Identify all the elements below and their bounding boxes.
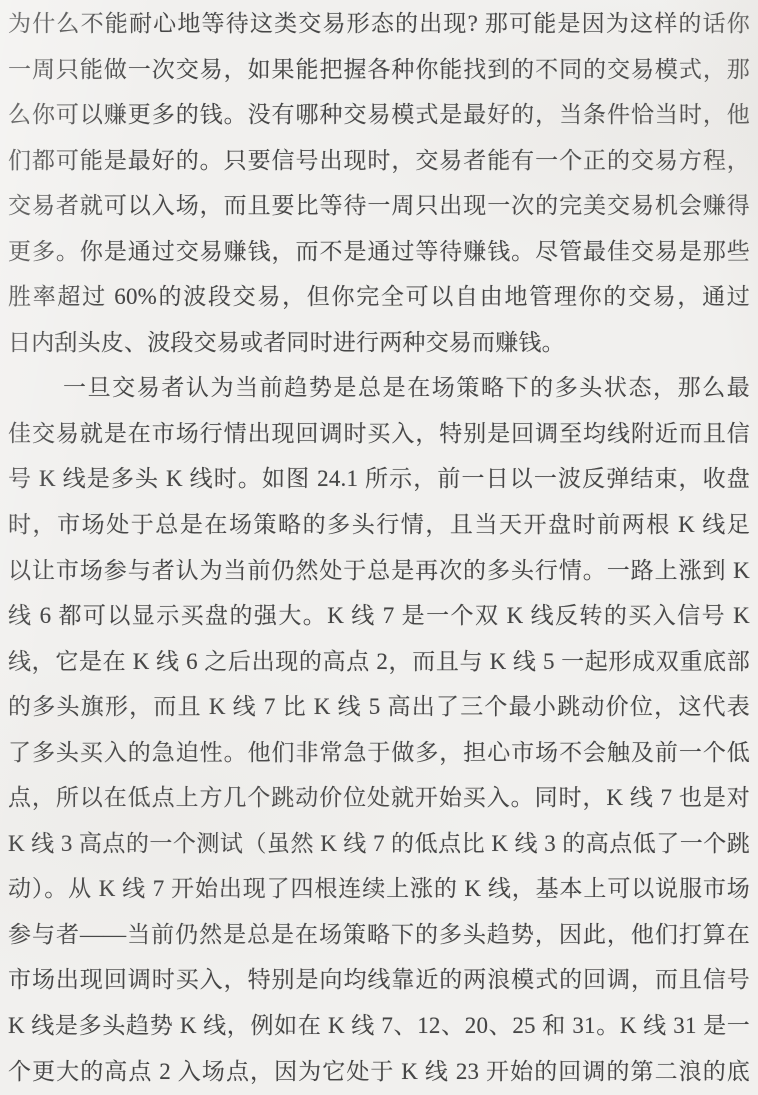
text-line: 么你可以赚更多的钱。没有哪种交易模式是最好的，当条件恰当时，他 xyxy=(8,92,750,138)
text-line-paragraph-start: 一旦交易者认为当前趋势是总是在场策略下的多头状态，那么最 xyxy=(8,365,750,411)
text-line: 胜率超过 60%的波段交易，但你完全可以自由地管理你的交易，通过 xyxy=(8,274,750,320)
text-line: 参与者——当前仍然是总是在场策略下的多头趋势，因此，他们打算在 xyxy=(8,912,750,958)
text-line: 市场出现回调时买入，特别是向均线靠近的两浪模式的回调，而且信号 xyxy=(8,957,750,1003)
text-line: 以让市场参与者认为当前仍然处于总是再次的多头行情。一路上涨到 K xyxy=(8,548,750,594)
text-line: 点，所以在低点上方几个跳动价位处就开始买入。同时，K 线 7 也是对 xyxy=(8,775,750,821)
text-line: 佳交易就是在市场行情出现回调时买入，特别是回调至均线附近而且信 xyxy=(8,411,750,457)
text-line: 线，它是在 K 线 6 之后出现的高点 2，而且与 K 线 5 一起形成双重底部 xyxy=(8,639,750,685)
book-page: 为什么不能耐心地等待这类交易形态的出现? 那可能是因为这样的话你 一周只能做一次… xyxy=(0,0,758,1095)
text-line: 的多头旗形，而且 K 线 7 比 K 线 5 高出了三个最小跳动价位，这代表 xyxy=(8,684,750,730)
text-line: K 线是多头趋势 K 线，例如在 K 线 7、12、20、25 和 31。K 线… xyxy=(8,1003,750,1049)
text-line: 了多头买入的急迫性。他们非常急于做多，担心市场不会触及前一个低 xyxy=(8,730,750,776)
text-line-paragraph-end: 日内刮头皮、波段交易或者同时进行两种交易而赚钱。 xyxy=(8,320,750,366)
text-line: 为什么不能耐心地等待这类交易形态的出现? 那可能是因为这样的话你 xyxy=(8,1,750,47)
body-text: 为什么不能耐心地等待这类交易形态的出现? 那可能是因为这样的话你 一周只能做一次… xyxy=(8,1,750,1094)
text-line: 们都可能是最好的。只要信号出现时，交易者能有一个正的交易方程， xyxy=(8,138,750,184)
text-line: 交易者就可以入场，而且要比等待一周只出现一次的完美交易机会赚得 xyxy=(8,183,750,229)
text-line: 更多。你是通过交易赚钱，而不是通过等待赚钱。尽管最佳交易是那些 xyxy=(8,229,750,275)
text-line: 时，市场处于总是在场策略的多头行情，且当天开盘时前两根 K 线足 xyxy=(8,502,750,548)
text-line: 一周只能做一次交易，如果能把握各种你能找到的不同的交易模式，那 xyxy=(8,47,750,93)
text-line: 动）。从 K 线 7 开始出现了四根连续上涨的 K 线，基本上可以说服市场 xyxy=(8,866,750,912)
text-line: 号 K 线是多头 K 线时。如图 24.1 所示，前一日以一波反弹结束，收盘 xyxy=(8,456,750,502)
text-line: K 线 3 高点的一个测试（虽然 K 线 7 的低点比 K 线 3 的高点低了一… xyxy=(8,821,750,867)
text-line: 个更大的高点 2 入场点，因为它处于 K 线 23 开始的回调的第二浪的底 xyxy=(8,1049,750,1095)
text-line: 线 6 都可以显示买盘的强大。K 线 7 是一个双 K 线反转的买入信号 K xyxy=(8,593,750,639)
